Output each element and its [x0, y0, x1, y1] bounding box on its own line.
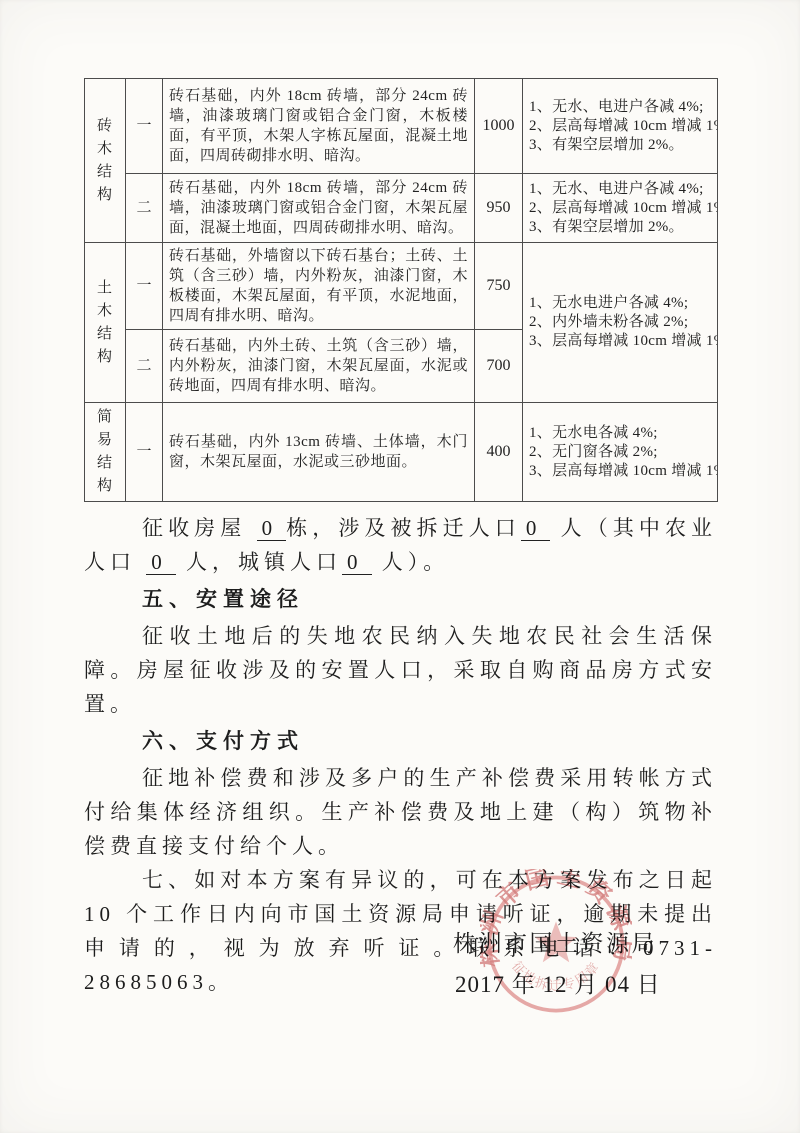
notes-cell: 1、无水、电进户各减 4%; 2、层高每增减 10cm 增减 1%; 3、有架空… — [523, 79, 718, 174]
note-line: 1、无水电各减 4%; — [529, 424, 711, 443]
price-cell: 750 — [475, 243, 523, 330]
notes-cell: 1、无水电各减 4%; 2、无门窗各减 2%; 3、层高每增减 10cm 增减 … — [523, 403, 718, 502]
structure-type-earth-wood: 土 木 结 构 — [85, 243, 126, 403]
price-cell: 1000 — [475, 79, 523, 174]
price-cell: 950 — [475, 174, 523, 243]
seal-arc-text: 株洲市国土资源局 — [480, 869, 632, 969]
blank-value-agri: 0 — [146, 550, 176, 575]
structure-type-simple: 简易 结构 — [85, 403, 126, 502]
document-content: 砖 木 结 构 一 砖石基础，内外 18cm 砖墙，部分 24cm 砖墙，油漆玻… — [84, 78, 717, 999]
note-line: 3、有架空层增加 2%。 — [529, 136, 711, 155]
description-cell: 砖石基础，内外 18cm 砖墙，部分 24cm 砖墙，油漆玻璃门窗或铝合金门窗，… — [163, 79, 475, 174]
note-line: 3、层高每增减 10cm 增减 1%。 — [529, 462, 711, 481]
paragraph-resettlement: 征收土地后的失地农民纳入失地农民社会生活保障。房屋征收涉及的安置人口，采取自购商… — [84, 619, 717, 721]
seal-bottom-text: 征地拆迁专用章 — [509, 958, 603, 993]
text-segment: 人，城镇人口 — [186, 550, 342, 574]
text-segment: 征收房屋 — [142, 516, 246, 540]
description-cell: 砖石基础，内外土砖、土筑（含三砂）墙，内外粉灰，油漆门窗，木架瓦屋面，水泥或砖地… — [163, 330, 475, 403]
sub-class-cell: 一 — [126, 243, 163, 330]
note-line: 3、层高每增减 10cm 增减 1%。 — [529, 332, 711, 351]
sub-class-cell: 二 — [126, 174, 163, 243]
sub-class-cell: 一 — [126, 79, 163, 174]
table-row: 二 砖石基础，内外 18cm 砖墙，部分 24cm 砖墙，油漆玻璃门窗或铝合金门… — [85, 174, 718, 243]
price-cell: 700 — [475, 330, 523, 403]
price-cell: 400 — [475, 403, 523, 502]
note-line: 1、无水、电进户各减 4%; — [529, 98, 711, 117]
note-line: 2、层高每增减 10cm 增减 1%; — [529, 117, 711, 136]
table-row: 简易 结构 一 砖石基础，内外 13cm 砖墙、土体墙，木门窗，木架瓦屋面，水泥… — [85, 403, 718, 502]
blank-value-urban: 0 — [342, 550, 372, 575]
description-cell: 砖石基础，内外 13cm 砖墙、土体墙，木门窗，木架瓦屋面，水泥或三砂地面。 — [163, 403, 475, 502]
sub-class-cell: 二 — [126, 330, 163, 403]
table-row: 土 木 结 构 一 砖石基础，外墙窗以下砖石基台；土砖、土筑（含三砂）墙，内外粉… — [85, 243, 718, 330]
document-page: 砖 木 结 构 一 砖石基础，内外 18cm 砖墙，部分 24cm 砖墙，油漆玻… — [0, 0, 800, 1133]
structure-type-brick-wood: 砖 木 结 构 — [85, 79, 126, 243]
official-seal: 株洲市国土资源局 征地拆迁专用章 — [480, 869, 632, 1019]
notes-cell: 1、无水、电进户各减 4%; 2、层高每增减 10cm 增减 1%; 3、有架空… — [523, 174, 718, 243]
paragraph-housing-counts: 征收房屋 0栋，涉及被拆迁人口0 人（其中农业人口 0 人，城镇人口0 人）。 — [84, 511, 717, 579]
section-heading-6: 六、支付方式 — [84, 724, 717, 758]
note-line: 2、层高每增减 10cm 增减 1%; — [529, 199, 711, 218]
note-line: 3、有架空层增加 2%。 — [529, 218, 711, 237]
paragraph-payment: 征地补偿费和涉及多户的生产补偿费采用转帐方式付给集体经济组织。生产补偿费及地上建… — [84, 761, 717, 863]
notes-cell: 1、无水电进户各减 4%; 2、内外墙未粉各减 2%; 3、层高每增减 10cm… — [523, 243, 718, 403]
blank-value-people: 0 — [521, 516, 551, 541]
sub-class-cell: 一 — [126, 403, 163, 502]
note-line: 1、无水电进户各减 4%; — [529, 294, 711, 313]
note-line: 2、内外墙未粉各减 2%; — [529, 313, 711, 332]
description-cell: 砖石基础，外墙窗以下砖石基台；土砖、土筑（含三砂）墙，内外粉灰，油漆门窗，木板楼… — [163, 243, 475, 330]
blank-value-buildings: 0 — [257, 516, 287, 541]
seal-star-icon — [535, 922, 578, 963]
note-line: 1、无水、电进户各减 4%; — [529, 180, 711, 199]
note-line: 2、无门窗各减 2%; — [529, 443, 711, 462]
text-segment: 栋，涉及被拆迁人口 — [286, 516, 521, 540]
section-heading-5: 五、安置途径 — [84, 582, 717, 616]
table-row: 砖 木 结 构 一 砖石基础，内外 18cm 砖墙，部分 24cm 砖墙，油漆玻… — [85, 79, 718, 174]
text-segment: 人）。 — [382, 550, 450, 574]
compensation-table: 砖 木 结 构 一 砖石基础，内外 18cm 砖墙，部分 24cm 砖墙，油漆玻… — [84, 78, 718, 502]
description-cell: 砖石基础，内外 18cm 砖墙，部分 24cm 砖墙，油漆玻璃门窗或铝合金门窗，… — [163, 174, 475, 243]
